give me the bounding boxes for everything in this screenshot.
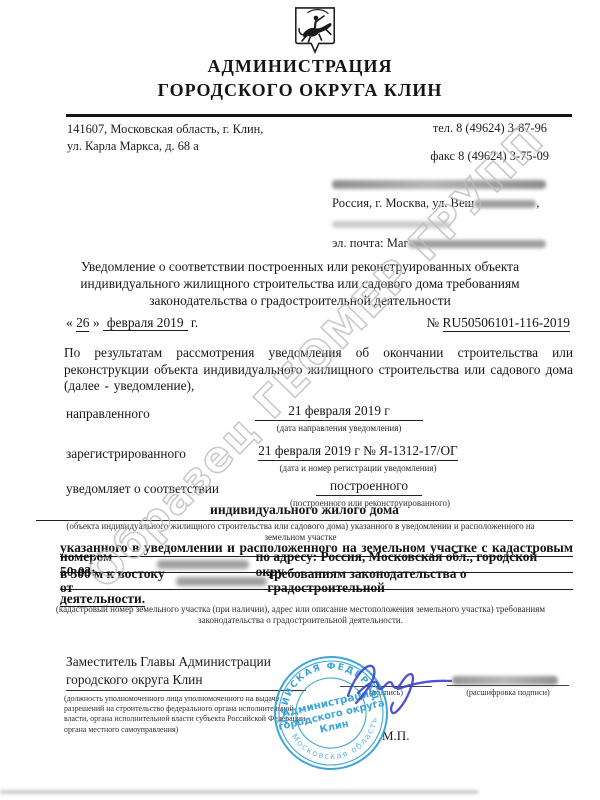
field-registered-caption: (дата и номер регистрации уведомления) bbox=[252, 463, 464, 474]
field-sent-caption: (дата направления уведомления) bbox=[243, 423, 435, 434]
number-value: RU50506101-116-2019 bbox=[443, 315, 570, 332]
transcript-line bbox=[447, 685, 569, 686]
location-line3: в 300 м к востоку от требованиям законод… bbox=[60, 574, 573, 590]
recipient-address-comma: , bbox=[536, 196, 539, 210]
org-address-line1: 141607, Московская область, г. Клин, bbox=[67, 121, 263, 137]
signer-position-line1: Заместитель Главы Администрации bbox=[66, 654, 271, 670]
redaction-bar bbox=[408, 240, 546, 248]
document-page: Образец ГЕОМЕР ГРУПП АДМИНИСТРАЦИЯ ГОРОД… bbox=[0, 0, 600, 800]
field-conformity-label: уведомляет о соответствии bbox=[66, 481, 219, 497]
document-date: « 26 » февраля 2019 г. bbox=[66, 315, 198, 331]
scan-artifact bbox=[0, 790, 478, 794]
document-title-line1: Уведомление о соответствии построенных и… bbox=[55, 258, 545, 275]
date-open-quote: « bbox=[66, 315, 73, 330]
date-close-quote: » bbox=[93, 315, 100, 330]
org-name-line2: ГОРОДСКОГО ОКРУГА КЛИН bbox=[0, 80, 600, 101]
date-day: 26 bbox=[76, 315, 89, 332]
header-divider bbox=[66, 114, 572, 117]
location-caption-line2: законодательства о градостроительной дея… bbox=[198, 615, 403, 625]
location-caption-line1: (кадастровый номер земельного участка (п… bbox=[56, 604, 545, 614]
document-title-line3: законодательства о градостроительной дея… bbox=[55, 292, 545, 309]
date-month-year: февраля 2019 bbox=[103, 315, 188, 331]
redaction-bar bbox=[332, 180, 546, 189]
object-caption-line1: (объекта индивидуального жилищного строи… bbox=[66, 521, 534, 531]
document-title-line2: индивидуального жилищного строительства … bbox=[55, 275, 545, 292]
date-suffix: г. bbox=[191, 315, 198, 330]
coat-of-arms-icon bbox=[292, 6, 338, 54]
number-sign: № bbox=[426, 315, 439, 330]
org-phone: тел. 8 (49624) 3-87-96 bbox=[433, 121, 547, 136]
field-conformity-value: построенного bbox=[316, 478, 422, 496]
object-type-value: индивидуального жилого дома bbox=[36, 502, 573, 521]
signer-name-redacted bbox=[452, 671, 558, 689]
redaction-bar bbox=[176, 577, 268, 586]
recipient-address-text: Россия, г. Москва, ул. Веш bbox=[332, 196, 474, 210]
field-sent-value: 21 февраля 2019 г bbox=[255, 403, 423, 421]
document-title: Уведомление о соответствии построенных и… bbox=[55, 258, 545, 309]
location-caption: (кадастровый номер земельного участка (п… bbox=[28, 604, 573, 626]
redaction-bar bbox=[452, 676, 558, 685]
org-fax: факс 8 (49624) 3-75-09 bbox=[430, 149, 549, 164]
recipient-email-text: эл. почта: Mar bbox=[332, 236, 408, 250]
recipient-name-redacted bbox=[332, 176, 584, 191]
transcript-caption: (расшифровка подписи) bbox=[447, 688, 569, 697]
handwritten-signature bbox=[342, 650, 457, 720]
field-registered-label: зарегистрированного bbox=[66, 446, 186, 462]
recipient-block: Россия, г. Москва, ул. Веш, эл. почта: M… bbox=[332, 176, 584, 256]
document-number: № RU50506101-116-2019 bbox=[426, 315, 570, 331]
recipient-email: эл. почта: Mar bbox=[332, 236, 584, 251]
intro-paragraph: По результатам рассмотрения уведомления … bbox=[64, 345, 573, 395]
signer-position-line2: городского округа Клин bbox=[66, 672, 306, 691]
field-sent-label: направленного bbox=[66, 406, 150, 422]
redaction-bar bbox=[332, 221, 450, 228]
org-name-line1: АДМИНИСТРАЦИЯ bbox=[0, 56, 600, 77]
redaction-bar bbox=[474, 200, 536, 208]
field-registered-value: 21 февраля 2019 г № Я-1312-17/ОГ bbox=[258, 443, 458, 461]
org-address-line2: ул. Карла Маркса, д. 68 а bbox=[67, 138, 199, 154]
recipient-house-redacted bbox=[332, 216, 584, 231]
recipient-address: Россия, г. Москва, ул. Веш, bbox=[332, 196, 584, 211]
